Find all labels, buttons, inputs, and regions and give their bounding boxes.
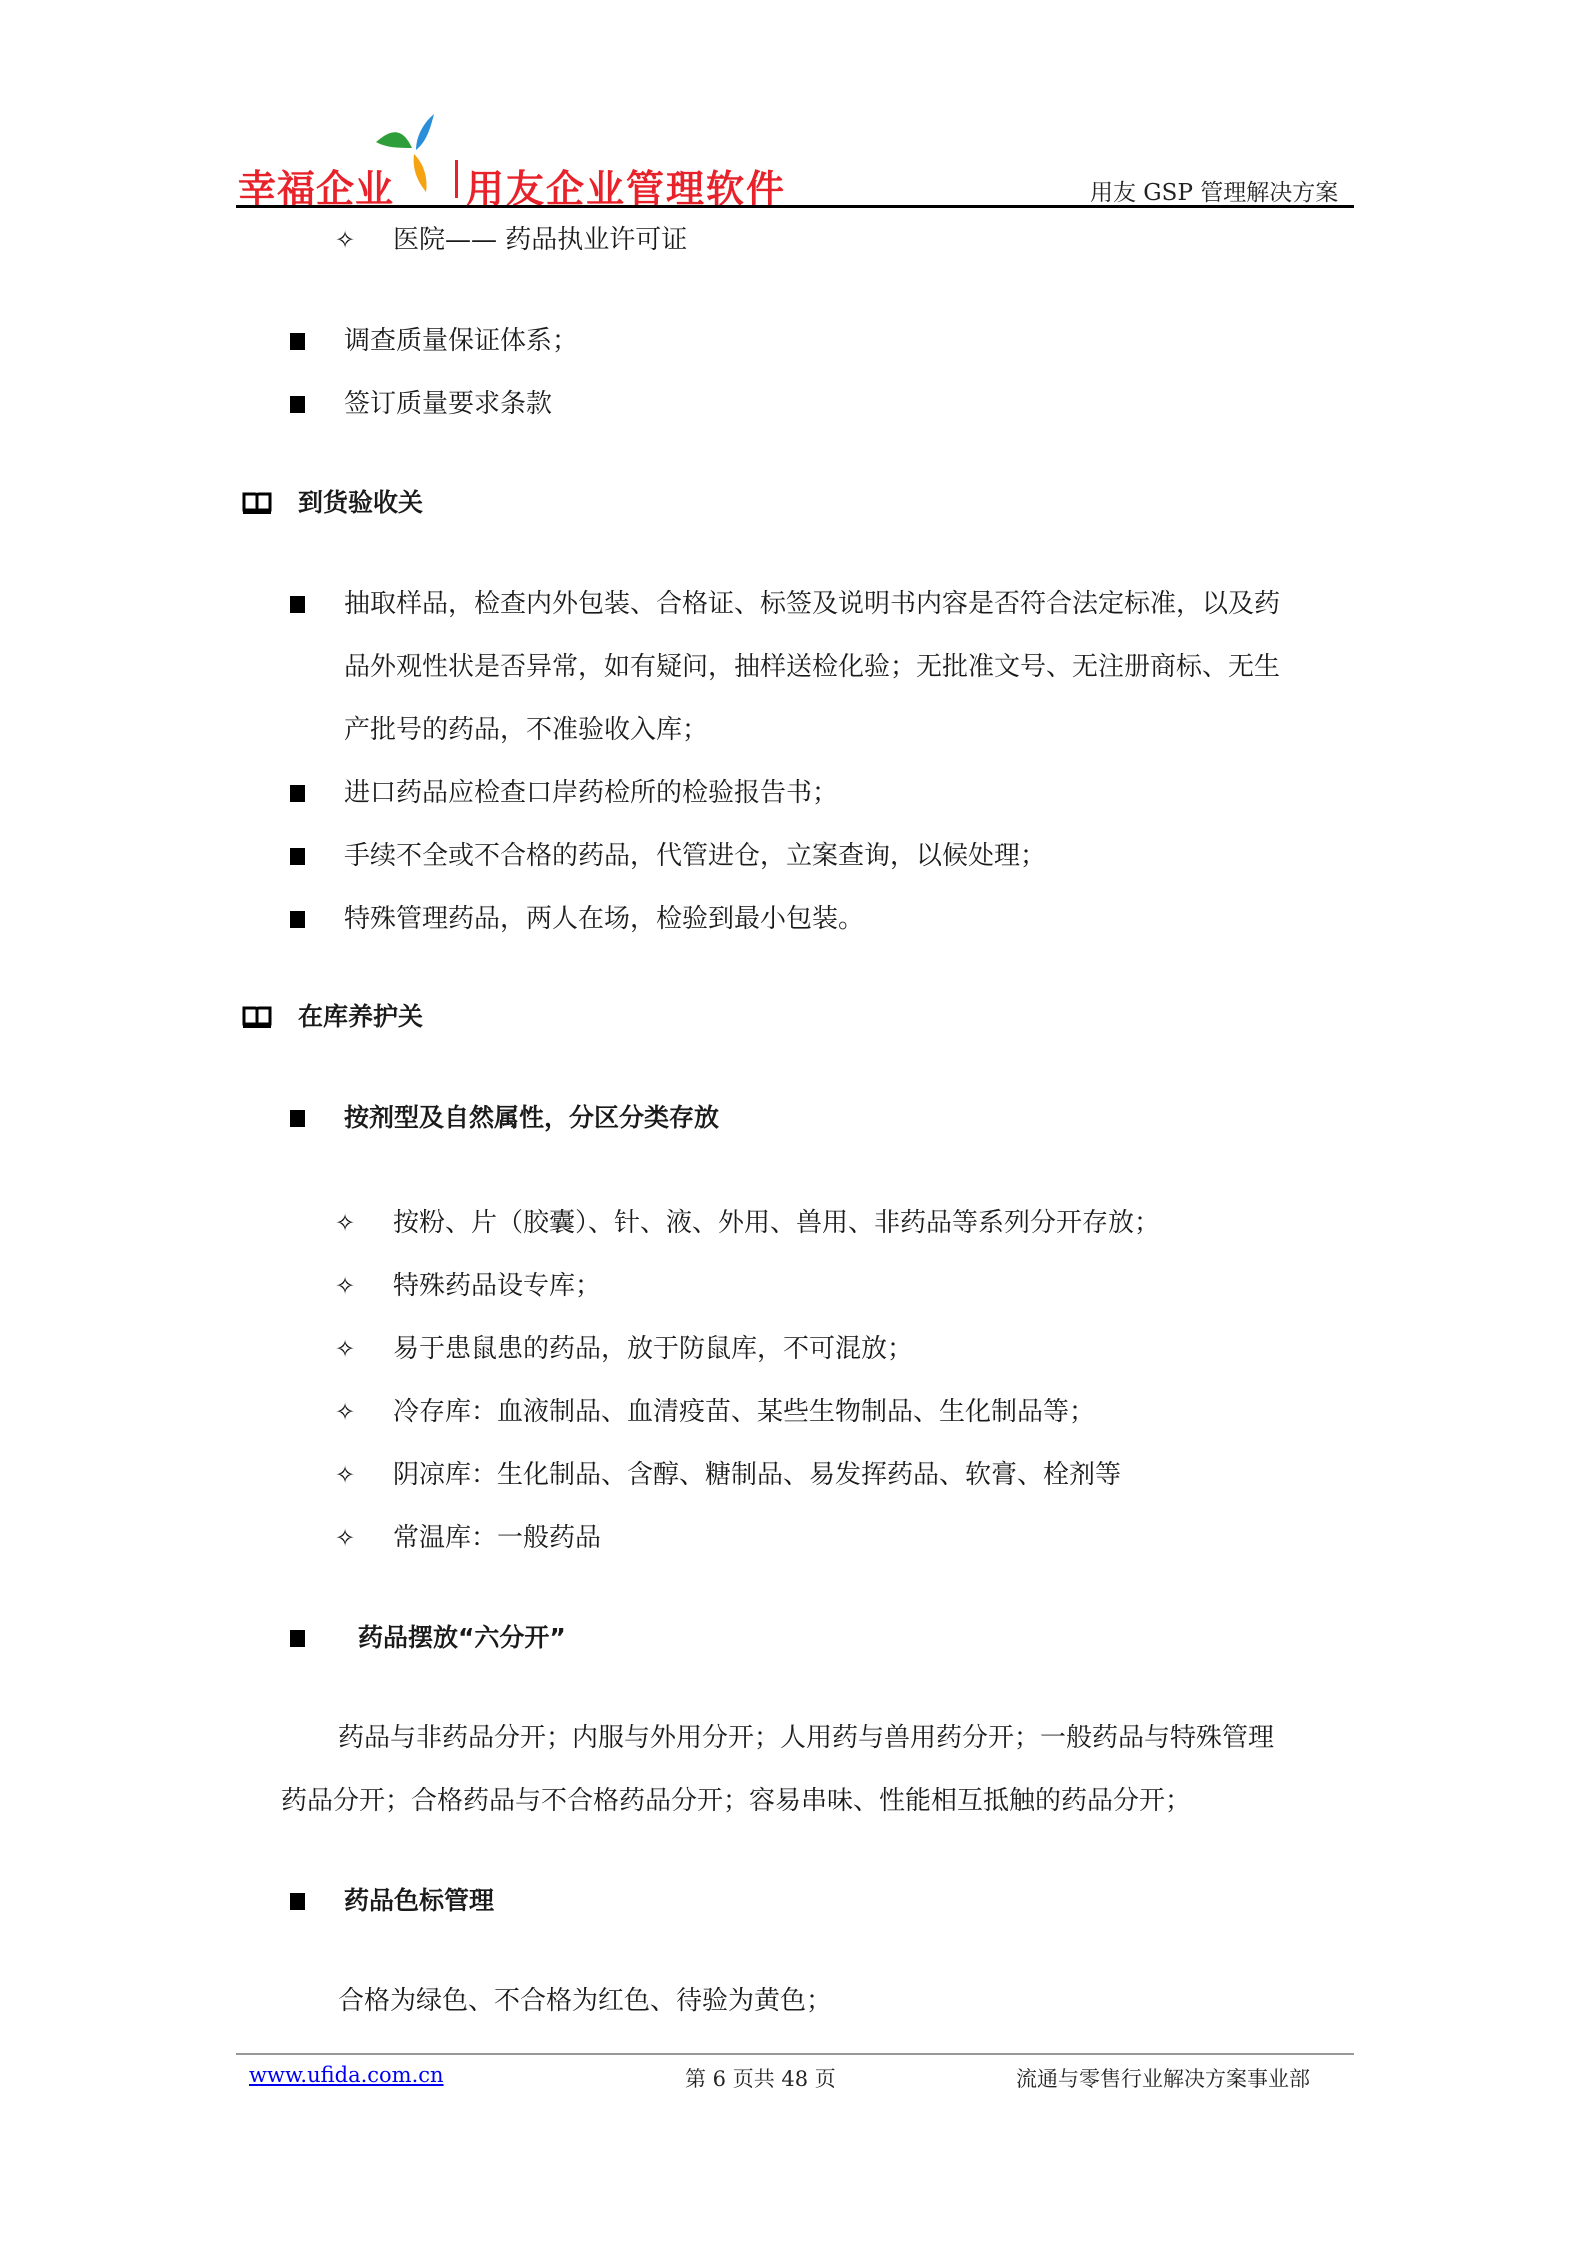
square-bullet-icon bbox=[290, 596, 305, 613]
paragraph-line: 产批号的药品，不准验收入库； bbox=[344, 715, 708, 745]
square-bullet-icon bbox=[290, 396, 305, 413]
star-diamond-icon: ✧ bbox=[335, 1271, 355, 1301]
list-item-text: 调查质量保证体系； bbox=[344, 326, 578, 356]
list-item-text: 易于患鼠患的药品，放于防鼠库，不可混放； bbox=[393, 1334, 913, 1364]
list-item-text: 常温库：一般药品 bbox=[393, 1523, 601, 1553]
list-item-text: 阴凉库：生化制品、含醇、糖制品、易发挥药品、软膏、栓剂等 bbox=[393, 1460, 1121, 1490]
paragraph-line: 药品分开；合格药品与不合格药品分开；容易串味、性能相互抵触的药品分开； bbox=[281, 1786, 1191, 1816]
list-item-text: 冷存库：血液制品、血清疫苗、某些生物制品、生化制品等； bbox=[393, 1397, 1095, 1427]
book-icon bbox=[242, 1005, 272, 1029]
square-bullet-icon bbox=[290, 848, 305, 865]
star-diamond-icon: ✧ bbox=[335, 1523, 355, 1553]
document-title: 用友 GSP 管理解决方案 bbox=[1090, 174, 1338, 207]
star-diamond-icon: ✧ bbox=[335, 1208, 355, 1238]
star-diamond-icon: ✧ bbox=[335, 1334, 355, 1364]
list-item-text: 按粉、片（胶囊）、针、液、外用、兽用、非药品等系列分开存放； bbox=[393, 1208, 1160, 1238]
paragraph-line: 抽取样品，检查内外包装、合格证、标签及说明书内容是否符合法定标准，以及药 bbox=[344, 589, 1280, 619]
department-name: 流通与零售行业解决方案事业部 bbox=[1016, 2063, 1310, 2093]
paragraph-line: 品外观性状是否异常，如有疑问，抽样送检化验；无批准文号、无注册商标、无生 bbox=[344, 652, 1280, 682]
square-bullet-icon bbox=[290, 333, 305, 350]
page-number: 第 6 页共 48 页 bbox=[685, 2063, 836, 2093]
header-divider bbox=[236, 205, 1354, 208]
subsection-heading: 药品摆放“六分开” bbox=[358, 1623, 566, 1653]
paragraph-line: 合格为绿色、不合格为红色、待验为黄色； bbox=[338, 1986, 832, 2016]
book-icon bbox=[242, 491, 272, 515]
paragraph-line: 药品与非药品分开；内服与外用分开；人用药与兽用药分开；一般药品与特殊管理 bbox=[338, 1723, 1274, 1753]
subsection-heading: 按剂型及自然属性，分区分类存放 bbox=[344, 1103, 719, 1133]
star-diamond-icon: ✧ bbox=[335, 1397, 355, 1427]
list-item-text: 医院—— 药品执业许可证 bbox=[393, 225, 687, 255]
square-bullet-icon bbox=[290, 1630, 305, 1647]
subsection-heading: 药品色标管理 bbox=[344, 1886, 494, 1916]
footer-divider bbox=[236, 2053, 1354, 2055]
star-diamond-icon: ✧ bbox=[335, 1460, 355, 1490]
square-bullet-icon bbox=[290, 785, 305, 802]
list-item-text: 手续不全或不合格的药品，代管进仓，立案查询，以候处理； bbox=[344, 841, 1046, 871]
list-item-text: 签订质量要求条款 bbox=[344, 389, 552, 419]
square-bullet-icon bbox=[290, 1893, 305, 1910]
list-item-text: 特殊药品设专库； bbox=[393, 1271, 601, 1301]
logo-divider bbox=[455, 160, 458, 198]
square-bullet-icon bbox=[290, 911, 305, 928]
list-item-text: 进口药品应检查口岸药检所的检验报告书； bbox=[344, 778, 838, 808]
section-heading: 在库养护关 bbox=[298, 1002, 423, 1032]
website-link[interactable]: www.ufida.com.cn bbox=[249, 2063, 444, 2087]
section-heading: 到货验收关 bbox=[298, 488, 423, 518]
square-bullet-icon bbox=[290, 1110, 305, 1127]
list-item-text: 特殊管理药品，两人在场，检验到最小包装。 bbox=[344, 904, 864, 934]
star-diamond-icon: ✧ bbox=[335, 225, 355, 255]
